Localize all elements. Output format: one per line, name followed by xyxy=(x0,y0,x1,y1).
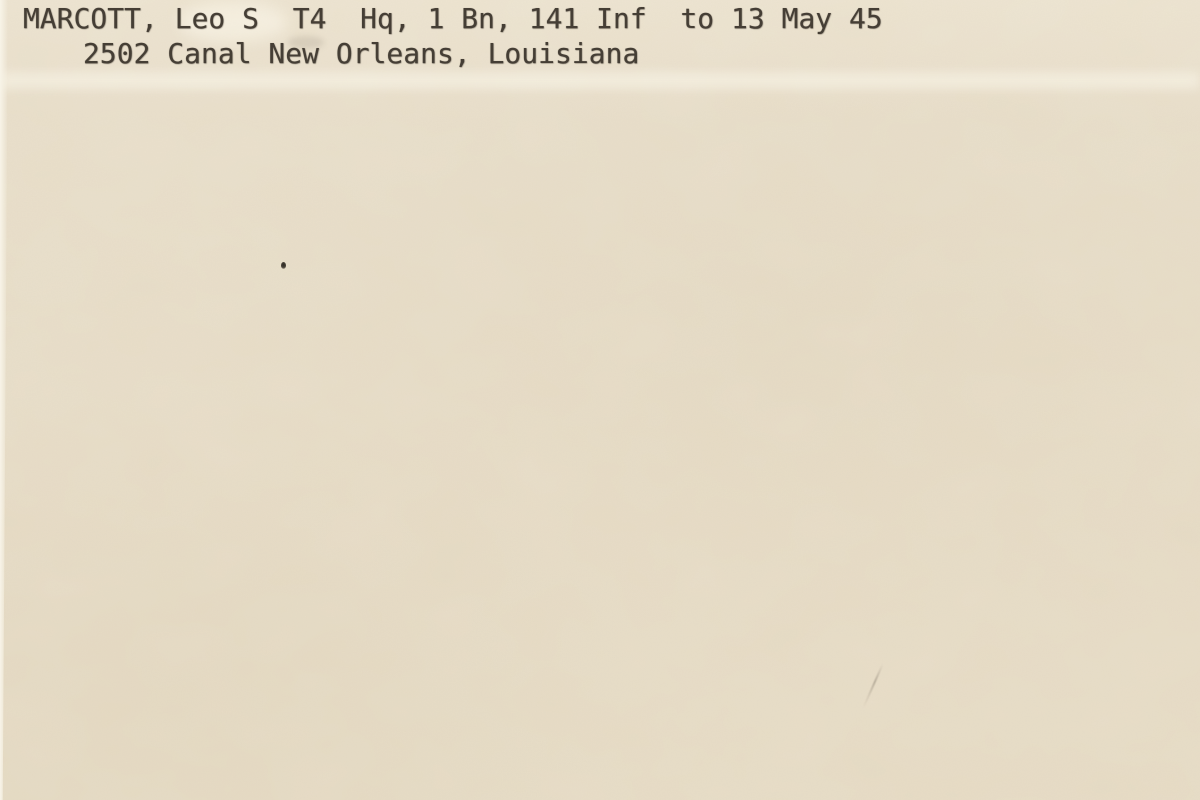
typed-line-address: 2502 Canal New Orleans, Louisiana xyxy=(83,37,639,71)
scan-light-band xyxy=(0,72,1200,89)
index-card-scan: MARCOTT, Leo S T4 Hq, 1 Bn, 141 Inf to 1… xyxy=(0,0,1200,800)
typed-line-name-unit-date: MARCOTT, Leo S T4 Hq, 1 Bn, 141 Inf to 1… xyxy=(23,2,883,36)
card-paper-background xyxy=(0,0,1200,800)
ink-speck xyxy=(281,262,286,269)
